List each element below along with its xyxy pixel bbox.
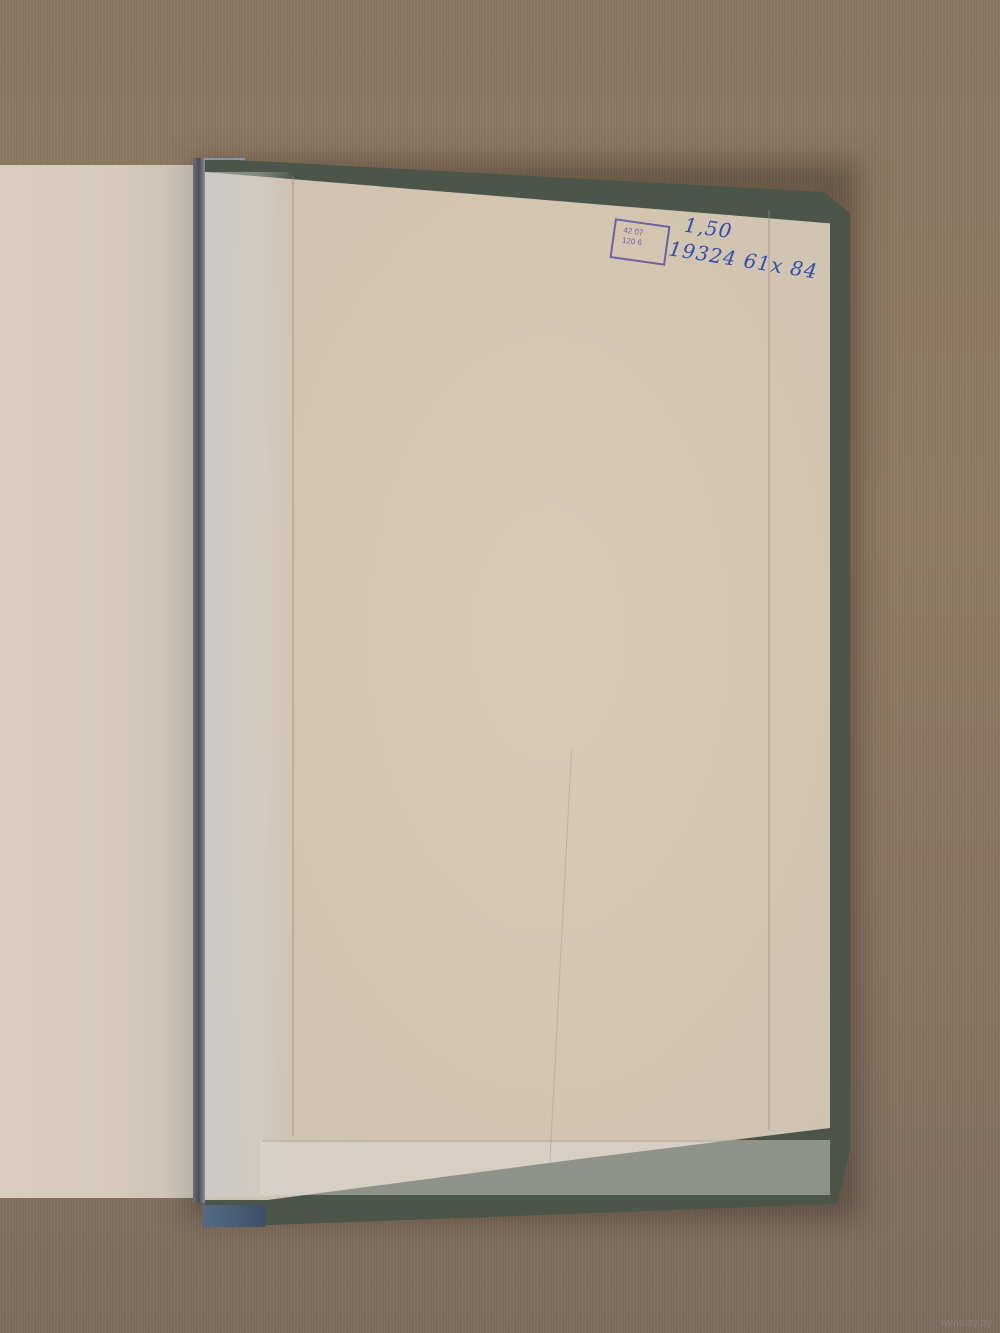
library-stamp: 42 07 120 6 xyxy=(609,218,670,265)
spine-cloth-bottom xyxy=(203,1205,265,1227)
spine-hinge xyxy=(193,158,205,1203)
turn-in-edge-left xyxy=(292,176,294,1136)
left-page-flyleaf xyxy=(0,165,193,1198)
turn-in-edge-bottom xyxy=(262,1140,822,1142)
turn-in-edge-right xyxy=(768,210,770,1130)
endpaper-pastedown xyxy=(205,172,830,1200)
site-watermark: www.ay.by xyxy=(940,1317,992,1329)
turn-in-band xyxy=(260,1140,830,1195)
hinge-reinforcement-strip xyxy=(205,172,295,1197)
